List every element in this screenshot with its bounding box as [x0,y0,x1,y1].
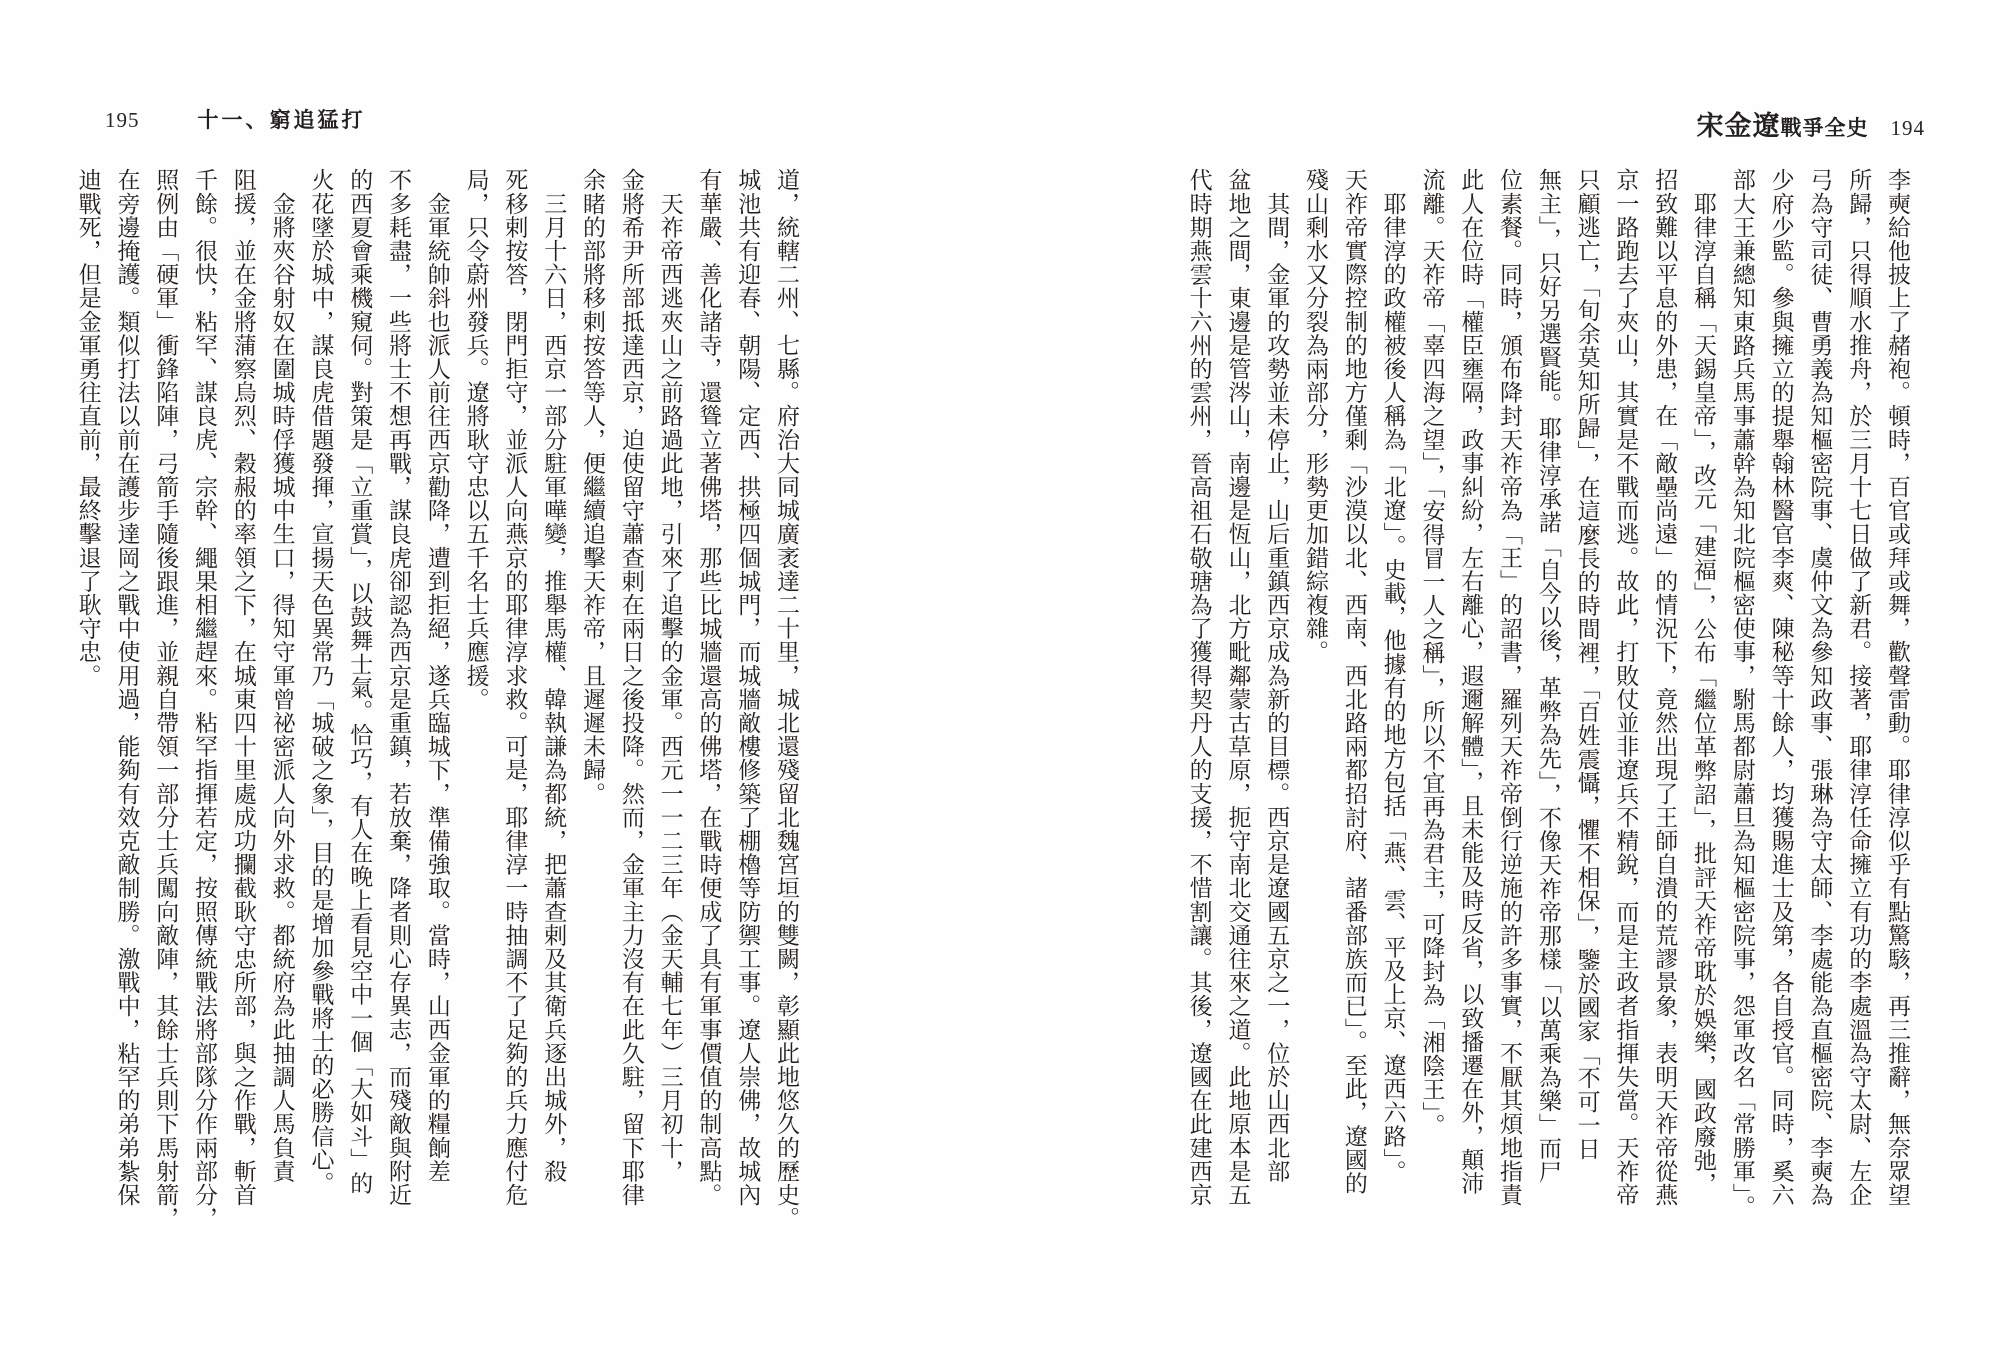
text-column: 阻援，並在金將蒲察烏烈、穀赧的率領之下，在城東四十里處成功攔截耿守忠所部，與之作… [223,168,262,1246]
text-column: 金軍統帥斜也派人前往西京勸降，遭到拒絕，遂兵臨城下，準備強取。當時，山西金軍的糧… [417,168,456,1246]
text-column: 流離。天祚帝「辜四海之望」，「安得冒一人之稱」，所以不宜再為君主，可降封為「湘陰… [1412,168,1451,1246]
text-column: 迪戰死，但是金軍勇往直前，最終擊退了耿守忠。 [68,168,107,1246]
text-column: 少府少監。參與擁立的提舉翰林醫官李爽、陳秘等十餘人，均獲賜進士及第，各自授官。同… [1761,168,1800,1246]
running-head-right: 宋金遼 戰爭全史 194 [1697,104,1926,143]
text-column: 李奭給他披上了赭袍。頓時，百官或拜或舞，歡聲雷動。耶律淳似乎有點驚駭，再三推辭，… [1877,168,1916,1246]
text-column: 弓為守司徒、曹勇義為知樞密院事、虞仲文為參知政事、張琳為守太師、李處能為直樞密院… [1800,168,1839,1246]
text-column: 無主」，只好另選賢能。耶律淳承諾「自今以後，革弊為先」，不像天祚帝那樣「以萬乘為… [1528,168,1567,1246]
text-column: 天祚帝西逃夾山之前路過此地，引來了追擊的金軍。西元一一二三年（金天輔七年）三月初… [650,168,689,1246]
text-column: 招致難以平息的外患，在「敵壘尚遠」的情況下，竟然出現了王師自潰的荒謬景象，表明天… [1644,168,1683,1246]
text-column: 其間，金軍的攻勢並未停止，山后重鎮西京成為新的目標。西京是遼國五京之一，位於山西… [1256,168,1295,1246]
text-column: 不多耗盡，一些將士不想再戰，謀良虎卻認為西京是重鎮，若放棄，降者則心存異志，而殘… [378,168,417,1246]
text-column: 此人在位時「權臣壅隔，政事糾紛，左右離心，遐邇解體」，且未能及時反省，以致播遷在… [1450,168,1489,1246]
text-column: 局，只令蔚州發兵。遼將耿守忠以五千名士兵應援。 [456,168,495,1246]
running-head-left: 195 十一、窮追猛打 [105,104,366,134]
text-column: 盆地之間，東邊是管涔山，南邊是恆山，北方毗鄰蒙古草原，扼守南北交通往來之道。此地… [1218,168,1257,1246]
text-column: 部大王兼總知東路兵馬事蕭幹為知北院樞密使事，駙馬都尉蕭旦為知樞密院事，怨軍改名「… [1722,168,1761,1246]
text-column: 照例由「硬軍」衝鋒陷陣，弓箭手隨後跟進，並親自帶領一部分士兵闖向敵陣，其餘士兵則… [145,168,184,1246]
text-column: 的西夏會乘機窺伺。對策是「立重賞」，以鼓舞士氣。恰巧，有人在晚上看見空中一個「大… [339,168,378,1246]
text-column: 三月十六日，西京一部分駐軍嘩變，推舉馬權、韓執謙為都統，把蕭查剌及其衛兵逐出城外… [533,168,572,1246]
text-column: 耶律淳自稱「天錫皇帝」，改元「建福」，公布「繼位革弊詔」，批評天祚帝耽於娛樂，國… [1683,168,1722,1246]
text-column: 位素餐。同時，頒布降封天祚帝為「王」的詔書，羅列天祚帝倒行逆施的許多事實，不厭其… [1489,168,1528,1246]
page-text-left: 道，統轄二州、七縣。府治大同城廣袤達二十里，城北還殘留北魏宮垣的雙闕，彰顯此地悠… [67,168,805,1246]
text-column: 城池共有迎春、朝陽、定西、拱極四個城門，而城牆敵樓修築了棚櫓等防禦工事。遼人崇佛… [727,168,766,1246]
text-column: 金將希尹所部抵達西京，迫使留守蕭查剌在兩日之後投降。然而，金軍主力沒有在此久駐，… [611,168,650,1246]
page-number-right: 194 [1891,116,1926,141]
chapter-title: 十一、窮追猛打 [198,104,366,134]
text-column: 千餘。很快，粘罕、謀良虎、宗幹、繩果相繼趕來。粘罕指揮若定，按照傳統戰法將部隊分… [184,168,223,1246]
page-194: 宋金遼 戰爭全史 194 李奭給他披上了赭袍。頓時，百官或拜或舞，歡聲雷動。耶律… [1004,0,2008,1358]
text-column: 火花墜於城中，謀良虎借題發揮，宣揚天色異常乃「城破之象」，目的是增加參戰將士的必… [301,168,340,1246]
text-column: 有華嚴、善化諸寺，還聳立著佛塔，那些比城牆還高的佛塔，在戰時便成了具有軍事價值的… [689,168,728,1246]
page-text-right: 李奭給他披上了赭袍。頓時，百官或拜或舞，歡聲雷動。耶律淳似乎有點驚駭，再三推辭，… [1178,168,1916,1246]
text-column: 京一路跑去了夾山，其實是不戰而逃。故此，打敗仗並非遼兵不精銳，而是主政者指揮失當… [1606,168,1645,1246]
text-column: 在旁邊掩護。類似打法以前在護步達岡之戰中使用過，能夠有效克敵制勝。激戰中，粘罕的… [107,168,146,1246]
text-column: 余睹的部將移剌按答等人，便繼續追擊天祚帝，且遲遲未歸。 [572,168,611,1246]
text-column: 耶律淳的政權被後人稱為「北遼」。史載，他據有的地方包括「燕、雲、平及上京、遼西六… [1373,168,1412,1246]
text-column: 死移剌按答，閉門拒守，並派人向燕京的耶律淳求救。可是，耶律淳一時抽調不了足夠的兵… [495,168,534,1246]
book-spread: 195 十一、窮追猛打 道，統轄二州、七縣。府治大同城廣袤達二十里，城北還殘留北… [0,0,2008,1358]
book-title-sub: 戰爭全史 [1781,112,1869,142]
book-title-main: 宋金遼 [1697,104,1781,143]
page-195: 195 十一、窮追猛打 道，統轄二州、七縣。府治大同城廣袤達二十里，城北還殘留北… [0,0,1004,1358]
text-column: 所歸，只得順水推舟，於三月十七日做了新君。接著，耶律淳任命擁立有功的李處溫為守太… [1838,168,1877,1246]
text-column: 天祚帝實際控制的地方僅剩「沙漠以北、西南、西北路兩都招討府、諸番部族而已」。至此… [1334,168,1373,1246]
text-column: 代時期燕雲十六州的雲州，晉高祖石敬瑭為了獲得契丹人的支援，不惜割讓。其後，遼國在… [1179,168,1218,1246]
page-number-left: 195 [105,108,140,133]
text-column: 只顧逃亡，「旬余莫知所歸」，在這麼長的時間裡，「百姓震懾，懼不相保」，鑒於國家「… [1567,168,1606,1246]
text-column: 金將夾谷射奴在圍城時俘獲城中生口，得知守軍曾祕密派人向外求救。都統府為此抽調人馬… [262,168,301,1246]
text-column: 殘山剩水又分裂為兩部分，形勢更加錯綜複雜。 [1295,168,1334,1246]
text-column: 道，統轄二州、七縣。府治大同城廣袤達二十里，城北還殘留北魏宮垣的雙闕，彰顯此地悠… [766,168,805,1246]
